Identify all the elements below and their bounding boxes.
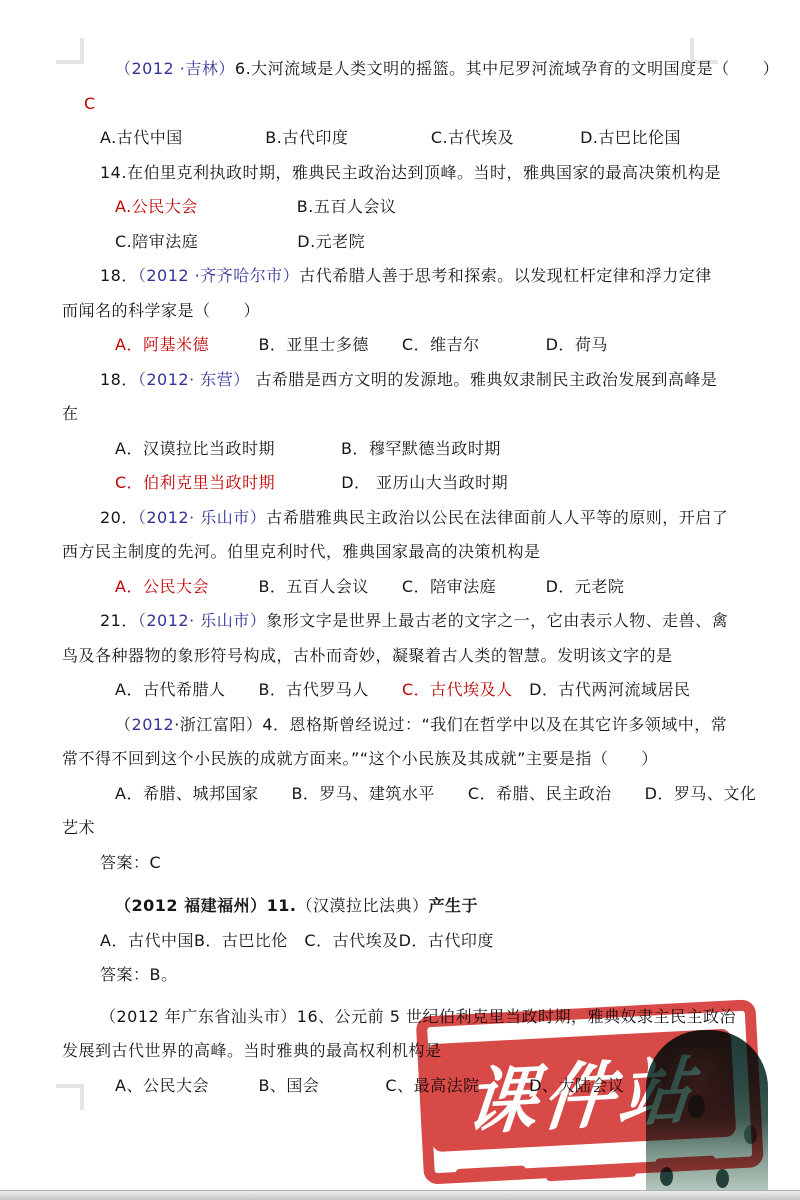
text-line: A.古代中国 B.古代印度 C.古代埃及 D.古巴比伦国 [62, 121, 746, 156]
text-line: 艺术 [62, 811, 746, 846]
text-line: 鸟及各种器物的象形符号构成，古朴而奇妙，凝聚着古人类的智慧。发明该文字的是 [62, 639, 746, 674]
text-segment: 古希腊雅典民主政治以公民在法律面前人人平等的原则，开启了 [266, 508, 728, 527]
text-segment: C [84, 94, 96, 113]
text-line: A．古代希腊人 B．古代罗马人 C．古代埃及人 D．古代两河流域居民 [62, 673, 746, 708]
stamp-body: 课件站 [427, 1028, 736, 1152]
text-segment: 象形文字是世界上最古老的文字之一，它由表示人物、走兽、禽 [266, 611, 728, 630]
text-segment: D．古代两河流域居民 [513, 680, 691, 699]
text-segment: B．五百人会议 C．陪审法庭 D．元老院 [209, 577, 624, 596]
text-segment: （2012 ·吉林） [115, 59, 235, 78]
text-line: 14.在伯里克利执政时期，雅典民主政治达到顶峰。当时，雅典国家的最高决策机构是 [62, 156, 746, 191]
text-line: C．伯利克里当政时期 D． 亚历山大当政时期 [62, 466, 746, 501]
text-line: A．汉谟拉比当政时期 B．穆罕默德当政时期 [62, 432, 746, 467]
stamp-label: 课件站 [462, 1032, 702, 1149]
text-segment: ·浙江富阳）4．恩格斯曾经说过：“我们在哲学中以及在其它许多领域中，常 [174, 715, 727, 734]
text-line: 18．（2012 ·齐齐哈尔市）古代希腊人善于思考和探索。以发现杠杆定律和浮力定… [62, 259, 746, 294]
text-segment: A．希腊、城邦国家 B．罗马、建筑水平 C．希腊、民主政治 D．罗马、文化 [115, 784, 756, 803]
text-segment: 在 [62, 404, 79, 423]
text-segment: （2012· 乐山市） [138, 611, 266, 630]
text-segment: A．汉谟拉比当政时期 B．穆罕默德当政时期 [115, 439, 501, 458]
text-segment: 发展到古代世界的高峰。当时雅典的最高权利机构是 [62, 1041, 442, 1060]
text-segment: 答案：B。 [100, 965, 177, 984]
text-segment: 答案：C [100, 853, 161, 872]
text-line: 18．（2012· 东营） 古希腊是西方文明的发源地。雅典奴隶制民主政治发展到高… [62, 363, 746, 398]
text-segment: D． 亚历山大当政时期 [275, 473, 508, 492]
text-segment: 产生于 [428, 896, 478, 915]
text-line: A．公民大会 B．五百人会议 C．陪审法庭 D．元老院 [62, 570, 746, 605]
text-segment: （2012· 东营） [138, 370, 250, 389]
text-line: 20．（2012· 乐山市）古希腊雅典民主政治以公民在法律面前人人平等的原则，开… [62, 501, 746, 536]
text-segment: 18． [100, 370, 138, 389]
text-segment: 18． [100, 266, 138, 285]
text-line: C.陪审法庭 D.元老院 [62, 225, 746, 260]
document-page: （2012 ·吉林）6.大河流域是人类文明的摇篮。其中尼罗河流域孕育的文明国度是… [62, 52, 746, 1103]
text-line: 在 [62, 397, 746, 432]
text-line: C [62, 87, 746, 122]
text-segment: 2012 [132, 715, 175, 734]
text-line: （2012 福建福州）11.（汉漠拉比法典）产生于 [62, 889, 746, 924]
text-segment: B.五百人会议 [198, 197, 397, 216]
text-line: A．古代中国B．古巴比伦 C．古代埃及D．古代印度 [62, 924, 746, 959]
text-segment: A．古代希腊人 B．古代罗马人 [115, 680, 402, 699]
text-segment: 常不得不回到这个小民族的成就方面来。”“这个小民族及其成就”主要是指（ ） [62, 749, 658, 768]
horizontal-scrollbar[interactable] [0, 1190, 800, 1200]
text-segment: 而闻名的科学家是（ ） [62, 301, 260, 320]
text-line: 西方民主制度的先河。伯里克利时代，雅典国家最高的决策机构是 [62, 535, 746, 570]
text-segment: 6.大河流域是人类文明的摇篮。其中尼罗河流域孕育的文明国度是（ ） [235, 59, 779, 78]
text-segment: 鸟及各种器物的象形符号构成，古朴而奇妙，凝聚着古人类的智慧。发明该文字的是 [62, 646, 673, 665]
document-viewport: { "colors": { "black": "#161616", "blue"… [0, 0, 800, 1200]
text-line: A．希腊、城邦国家 B．罗马、建筑水平 C．希腊、民主政治 D．罗马、文化 [62, 777, 746, 812]
watermark-stamp: 课件站 [407, 995, 768, 1199]
text-line: A.公民大会 B.五百人会议 [62, 190, 746, 225]
text-segment: B．亚里士多德 C．维吉尔 D．荷马 [209, 335, 608, 354]
text-segment: 西方民主制度的先河。伯里克利时代，雅典国家最高的决策机构是 [62, 542, 541, 561]
text-line: （2012 ·吉林）6.大河流域是人类文明的摇篮。其中尼罗河流域孕育的文明国度是… [62, 52, 746, 87]
text-line: A．阿基米德 B．亚里士多德 C．维吉尔 D．荷马 [62, 328, 746, 363]
text-line: 答案：C [62, 846, 746, 881]
text-segment: A.公民大会 [115, 197, 198, 216]
text-segment: C.陪审法庭 D.元老院 [115, 232, 365, 251]
text-line: （2012·浙江富阳）4．恩格斯曾经说过：“我们在哲学中以及在其它许多领域中，常 [62, 708, 746, 743]
text-segment: （ [115, 715, 132, 734]
text-segment: A．阿基米德 [115, 335, 209, 354]
text-segment: A．古代中国B．古巴比伦 C．古代埃及D．古代印度 [100, 931, 494, 950]
text-segment: 20． [100, 508, 138, 527]
text-segment: 古希腊是西方文明的发源地。雅典奴隶制民主政治发展到高峰是 [250, 370, 718, 389]
text-line: 而闻名的科学家是（ ） [62, 294, 746, 329]
text-segment: 古代希腊人善于思考和探索。以发现杠杆定律和浮力定律 [299, 266, 712, 285]
text-segment: （2012· 乐山市） [138, 508, 266, 527]
text-segment: C．古代埃及人 [402, 680, 513, 699]
text-segment: 艺术 [62, 818, 95, 837]
text-segment: （2012 ·齐齐哈尔市） [138, 266, 299, 285]
text-line: 答案：B。 [62, 958, 746, 993]
text-segment: （汉漠拉比法典） [296, 896, 428, 915]
text-line: 21．（2012· 乐山市）象形文字是世界上最古老的文字之一，它由表示人物、走兽… [62, 604, 746, 639]
text-segment: （2012 福建福州）11. [115, 896, 296, 915]
text-segment: 14.在伯里克利执政时期，雅典民主政治达到顶峰。当时，雅典国家的最高决策机构是 [100, 163, 721, 182]
text-segment: 21． [100, 611, 138, 630]
text-line: 常不得不回到这个小民族的成就方面来。”“这个小民族及其成就”主要是指（ ） [62, 742, 746, 777]
text-segment: A．公民大会 [115, 577, 209, 596]
text-segment: A.古代中国 B.古代印度 C.古代埃及 D.古巴比伦国 [100, 128, 681, 147]
text-segment: C．伯利克里当政时期 [115, 473, 275, 492]
